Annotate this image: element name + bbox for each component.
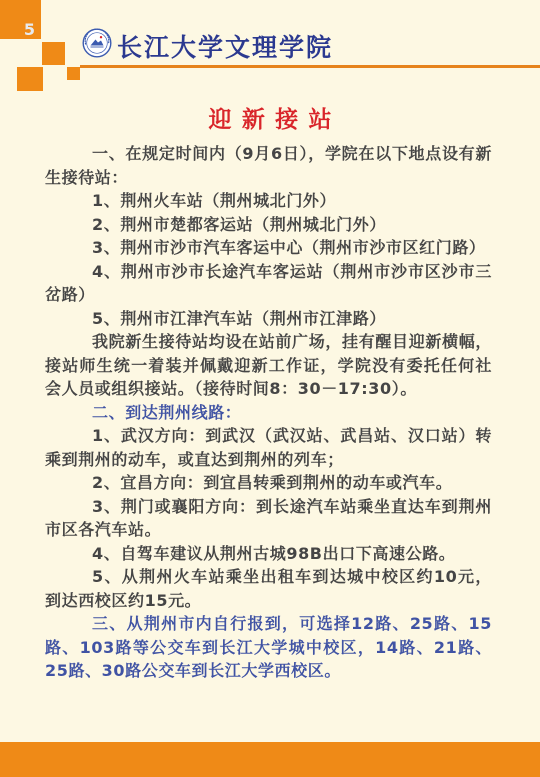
school-seal-icon [82,28,112,58]
body-text: 一、在规定时间内（9月6日），学院在以下地点设有新生接待站：1、荆州火车站（荆州… [45,142,492,683]
decor-square [17,67,43,91]
footer-bar [0,742,540,777]
decor-square [42,42,65,65]
page-number-square: 5 [0,0,41,39]
paragraph: 3、荆州市沙市汽车客运中心（荆州市沙市区红门路） [45,236,492,260]
paragraph: 1、武汉方向：到武汉（武汉站、武昌站、汉口站）转乘到荆州的动车，或直达到荆州的列… [45,424,492,471]
decor-square [67,67,80,80]
paragraph: 三、从荆州市内自行报到，可选择12路、25路、15路、103路等公交车到长江大学… [45,612,492,683]
paragraph: 5、荆州市江津汽车站（荆州市江津路） [45,307,492,331]
paragraph: 4、荆州市沙市长途汽车客运站（荆州市沙市区沙市三岔路） [45,260,492,307]
paragraph: 我院新生接待站均设在站前广场，挂有醒目迎新横幅，接站师生统一着装并佩戴迎新工作证… [45,330,492,401]
paragraph: 2、荆州市楚都客运站（荆州城北门外） [45,213,492,237]
paragraph: 一、在规定时间内（9月6日），学院在以下地点设有新生接待站： [45,142,492,189]
header-divider [80,65,540,68]
school-name: 长江大学文理学院 [117,28,333,64]
page-title: 迎新接站 [0,101,540,134]
document-page: 5 长江大学文理学院 迎新接站 一、在规定时间内（9月6日），学院在以下地点设有… [0,0,540,777]
page-number: 5 [24,22,35,38]
paragraph: 4、自驾车建议从荆州古城98B出口下高速公路。 [45,542,492,566]
paragraph: 3、荆门或襄阳方向：到长途汽车站乘坐直达车到荆州市区各汽车站。 [45,495,492,542]
paragraph: 5、从荆州火车站乘坐出租车到达城中校区约10元，到达西校区约15元。 [45,565,492,612]
paragraph: 1、荆州火车站（荆州城北门外） [45,189,492,213]
paragraph: 二、到达荆州线路： [45,401,492,425]
paragraph: 2、宜昌方向：到宜昌转乘到荆州的动车或汽车。 [45,471,492,495]
